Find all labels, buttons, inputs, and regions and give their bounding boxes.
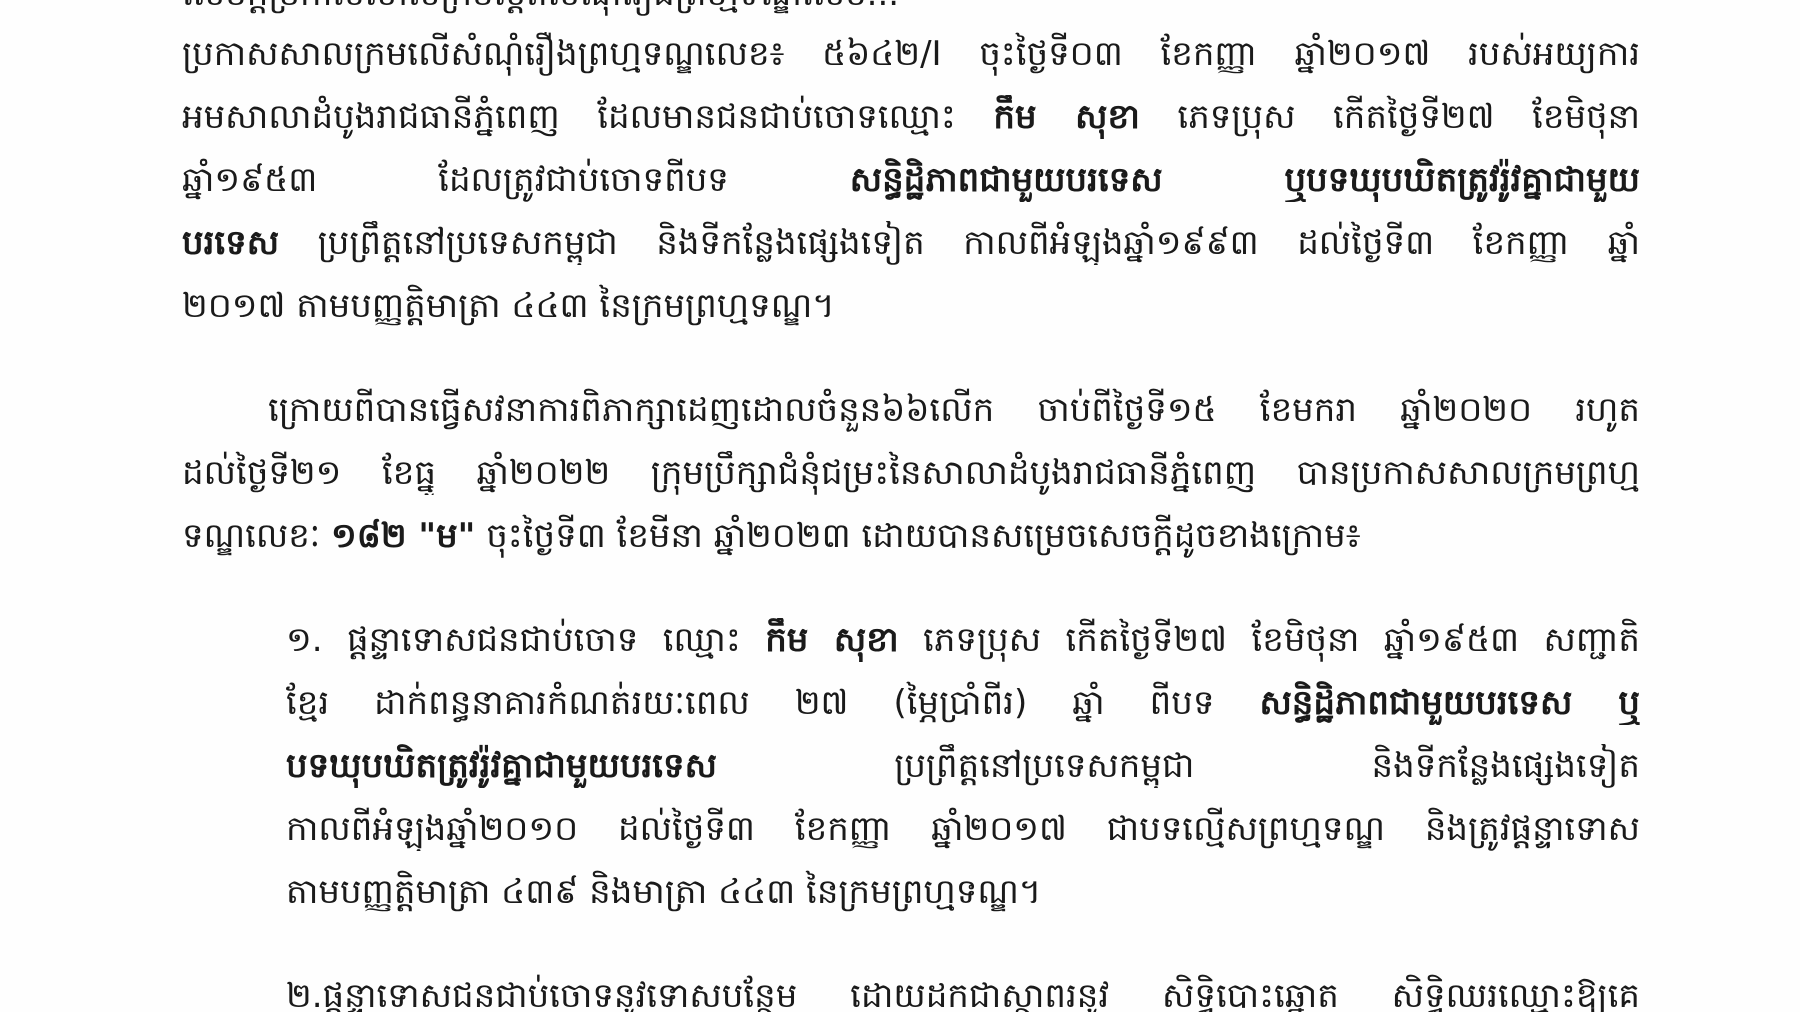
text-run: ខ្មែរ ដាក់ពន្ធនាគារកំណត់រយៈពេល ២៧ (ម្ភៃប… (286, 683, 1259, 723)
charge-text: បរទេស (182, 223, 279, 263)
text-run: អមសាលាដំបូងរាជធានីភ្នំពេញ ដែលមានជនជាប់ចោ… (182, 97, 993, 137)
item-1-line-3: កាលពីអំឡុងឆ្នាំ២០១០ ដល់ថ្ងៃទី៣ ខែកញ្ញា ឆ… (286, 807, 1640, 851)
judgment-number: ១៨២ "ម" (331, 516, 475, 556)
text-run: ឆ្នាំ១៩៥៣ ដែលត្រូវជាប់ចោទពីបទ (182, 160, 850, 200)
item-1-line-2: បទឃុបឃិតត្រូវរ៉ូវគ្នាជាមួយបរទេស ប្រព្រឹត… (286, 744, 1640, 788)
text-run: ២.ផ្តន្ទាទោសជនជាប់ចោទនូវទោសបន្ថែម ដោយដកជ… (286, 976, 1640, 1012)
text-run: ប្រព្រឹត្តនៅប្រទេសកម្ពុជា និងទីកន្លែងផ្ស… (717, 746, 1640, 786)
paragraph-1-line-4: បរទេស ប្រព្រឹត្តនៅប្រទេសកម្ពុជា និងទីកន្… (182, 221, 1640, 265)
paragraph-1-line-5: ២០១៧ តាមបញ្ញត្តិមាត្រា ៤៤៣ នៃក្រមព្រហ្មទ… (182, 284, 1640, 328)
paragraph-2-line-2: ទណ្ឌលេខៈ ១៨២ "ម" ចុះថ្ងៃទី៣ ខែមីនា ឆ្នាំ… (182, 514, 1640, 558)
text-run: ចុះថ្ងៃទី៣ ខែមីនា ឆ្នាំ២០២៣ ដោយបានសម្រេច… (475, 516, 1360, 556)
text-run: ដល់ថ្ងៃទី២១ ខែធ្នូ ឆ្នាំ២០២២ ក្រុមប្រឹក្… (182, 453, 1640, 493)
paragraph-1-line-1: ប្រកាសសាលក្រមលើសំណុំរឿងព្រហ្មទណ្ឌលេខ៖ ៥៦… (182, 32, 1640, 76)
text-run: សេចក្តីប្រកាសសាលក្រមស្តីពីសំណុំរឿងព្រហ្ម… (182, 0, 899, 14)
charge-text: សន្ធិដ្ឋិភាពជាមួយបរទេស ឬ (1259, 683, 1640, 723)
paragraph-1-line-3: ឆ្នាំ១៩៥៣ ដែលត្រូវជាប់ចោទពីបទ សន្ធិដ្ឋិភ… (182, 158, 1640, 202)
paragraph-2-line-0: ក្រោយពីបានធ្វើសវនាការពិភាក្សាដេញដោលចំនួន… (268, 388, 1640, 432)
text-run: ភេទប្រុស កើតថ្ងៃទី២៧ ខែមិថុនា ឆ្នាំ១៩៥៣ … (899, 620, 1640, 660)
text-run: តាមបញ្ញត្តិមាត្រា ៤៣៩ និងមាត្រា ៤៤៣ នៃក្… (286, 872, 1041, 912)
text-run: កាលពីអំឡុងឆ្នាំ២០១០ ដល់ថ្ងៃទី៣ ខែកញ្ញា ឆ… (286, 809, 1640, 849)
charge-text: បទឃុបឃិតត្រូវរ៉ូវគ្នាជាមួយបរទេស (286, 746, 717, 786)
item-1-line-4: តាមបញ្ញត្តិមាត្រា ៤៣៩ និងមាត្រា ៤៤៣ នៃក្… (286, 870, 1640, 914)
text-run: ១. ផ្តន្ទាទោសជនជាប់ចោទ ឈ្មោះ (286, 620, 765, 660)
text-run: ប្រកាសសាលក្រមលើសំណុំរឿងព្រហ្មទណ្ឌលេខ៖ ៥៦… (182, 34, 1640, 74)
text-run: ក្រោយពីបានធ្វើសវនាការពិភាក្សាដេញដោលចំនួន… (268, 390, 1640, 430)
item-1-line-1: ខ្មែរ ដាក់ពន្ធនាគារកំណត់រយៈពេល ២៧ (ម្ភៃប… (286, 681, 1640, 725)
text-run: ប្រព្រឹត្តនៅប្រទេសកម្ពុជា និងទីកន្លែងផ្ស… (279, 223, 1640, 263)
charge-text: សន្ធិដ្ឋិភាពជាមួយបរទេស ឬបទឃុបឃិតត្រូវរ៉ូ… (850, 160, 1640, 200)
text-run: ទណ្ឌលេខៈ (182, 516, 331, 556)
scanned-document-page: សេចក្តីប្រកាសសាលក្រមស្តីពីសំណុំរឿងព្រហ្ម… (0, 0, 1800, 1012)
text-run: ២០១៧ តាមបញ្ញត្តិមាត្រា ៤៤៣ នៃក្រមព្រហ្មទ… (182, 286, 835, 326)
paragraph-2-line-1: ដល់ថ្ងៃទី២១ ខែធ្នូ ឆ្នាំ២០២២ ក្រុមប្រឹក្… (182, 451, 1640, 495)
defendant-name: កឹម សុខា (765, 620, 898, 660)
text-run: ភេទប្រុស កើតថ្ងៃទី២៧ ខែមិថុនា (1140, 97, 1640, 137)
paragraph-1-line-2: អមសាលាដំបូងរាជធានីភ្នំពេញ ដែលមានជនជាប់ចោ… (182, 95, 1640, 139)
item-1-line-0: ១. ផ្តន្ទាទោសជនជាប់ចោទ ឈ្មោះ កឹម សុខា ភេ… (286, 618, 1640, 662)
paragraph-1-line-0: សេចក្តីប្រកាសសាលក្រមស្តីពីសំណុំរឿងព្រហ្ម… (182, 0, 1640, 16)
defendant-name: កឹម សុខា (993, 97, 1140, 137)
item-2-line-0: ២.ផ្តន្ទាទោសជនជាប់ចោទនូវទោសបន្ថែម ដោយដកជ… (286, 974, 1640, 1012)
